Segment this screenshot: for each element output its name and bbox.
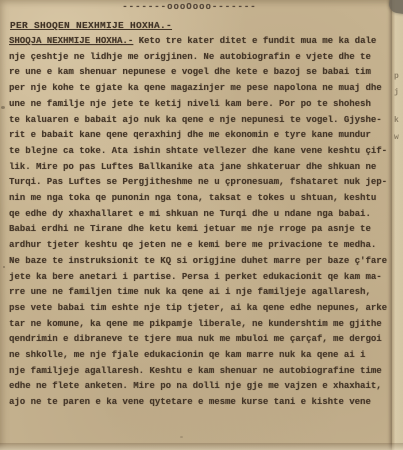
paper-speck (3, 266, 5, 268)
paragraph-first-line: SHOQJA NEXHMIJE HOXHA.- Keto tre kater d… (9, 34, 395, 50)
paragraph-lines: nje çeshtje ne lidhje me origjinen. Ne a… (9, 50, 395, 411)
adjacent-page-edge: p j k w (392, 0, 403, 450)
text-line: te blejne ca toke. Ata ishin shtate vell… (9, 144, 395, 160)
text-line: rre une ne familjen time nuk ka qene ai … (9, 285, 395, 301)
text-line: une ne familje nje jete te ketij niveli … (9, 97, 395, 113)
text-line: Ne baze te instruksionit te KQ si origji… (9, 254, 395, 270)
text-line: lik. Mire po pas Luftes Ballkanike ata j… (9, 160, 395, 176)
divider-ornament: -------oooOooo------- (0, 2, 379, 12)
edge-fragment: w (394, 133, 399, 142)
paper-speck (1, 106, 5, 109)
edge-fragment: j (394, 88, 399, 97)
text-line: nje çeshtje ne lidhje me origjinen. Ne a… (9, 50, 395, 66)
text-line: Babai erdhi ne Tirane dhe ketu kemi jetu… (9, 222, 395, 238)
text-line: re une e kam shenuar nepunese e vogel dh… (9, 65, 395, 81)
text-line: ajo ne te paren e ka vene qytetare e mes… (9, 395, 395, 411)
scanned-document-page: -------oooOooo------- PER SHOQEN NEXHMIJ… (0, 0, 403, 450)
corner-stain (388, 0, 403, 14)
text-line: qe edhe dy xhaxhallaret e mi shkuan ne T… (9, 207, 395, 223)
document-body: SHOQJA NEXHMIJE HOXHA.- Keto tre kater d… (9, 34, 395, 411)
paper-speck (180, 436, 183, 438)
text-line: ne shkolle, me nje fjale edukacionin qe … (9, 348, 395, 364)
document-title: PER SHOQEN NEXHMIJE HOXHA.- (10, 20, 172, 31)
text-line: Turqi. Pas Luftes se Pergjitheshme ne u … (9, 175, 395, 191)
text-line: qendrimin e dibraneve te tjere mua nuk m… (9, 332, 395, 348)
text-line: tar ne komune, ka qene me pikpamje liber… (9, 317, 395, 333)
text-line: te kaluaren e babait ajo nuk ka qene e n… (9, 113, 395, 129)
text-line: ardhur tjeter keshtu qe jeten ne e kemi … (9, 238, 395, 254)
text-line: edhe ne flete anketen. Mire po na dolli … (9, 379, 395, 395)
edge-fragment: k (394, 116, 399, 125)
text-line: nin me nga toka qe punonin nga tona, tak… (9, 191, 395, 207)
text-line: rit e babait kane qene qeraxhinj dhe me … (9, 128, 395, 144)
text-line: jete ka bere anetari i partise. Persa i … (9, 270, 395, 286)
text-line: per nje kohe te gjate ka qene magazinjer… (9, 81, 395, 97)
addressee-name: SHOQJA NEXHMIJE HOXHA.- (9, 36, 133, 46)
text-line: pse vete babai tim eshte nje tip tjeter,… (9, 301, 395, 317)
text-line: nje familjeje agallaresh. Keshtu e kam s… (9, 364, 395, 380)
page-bottom-edge (0, 443, 403, 450)
first-line-text: Keto tre kater ditet e fundit mua me ka … (133, 36, 376, 46)
edge-fragment: p (394, 72, 399, 81)
